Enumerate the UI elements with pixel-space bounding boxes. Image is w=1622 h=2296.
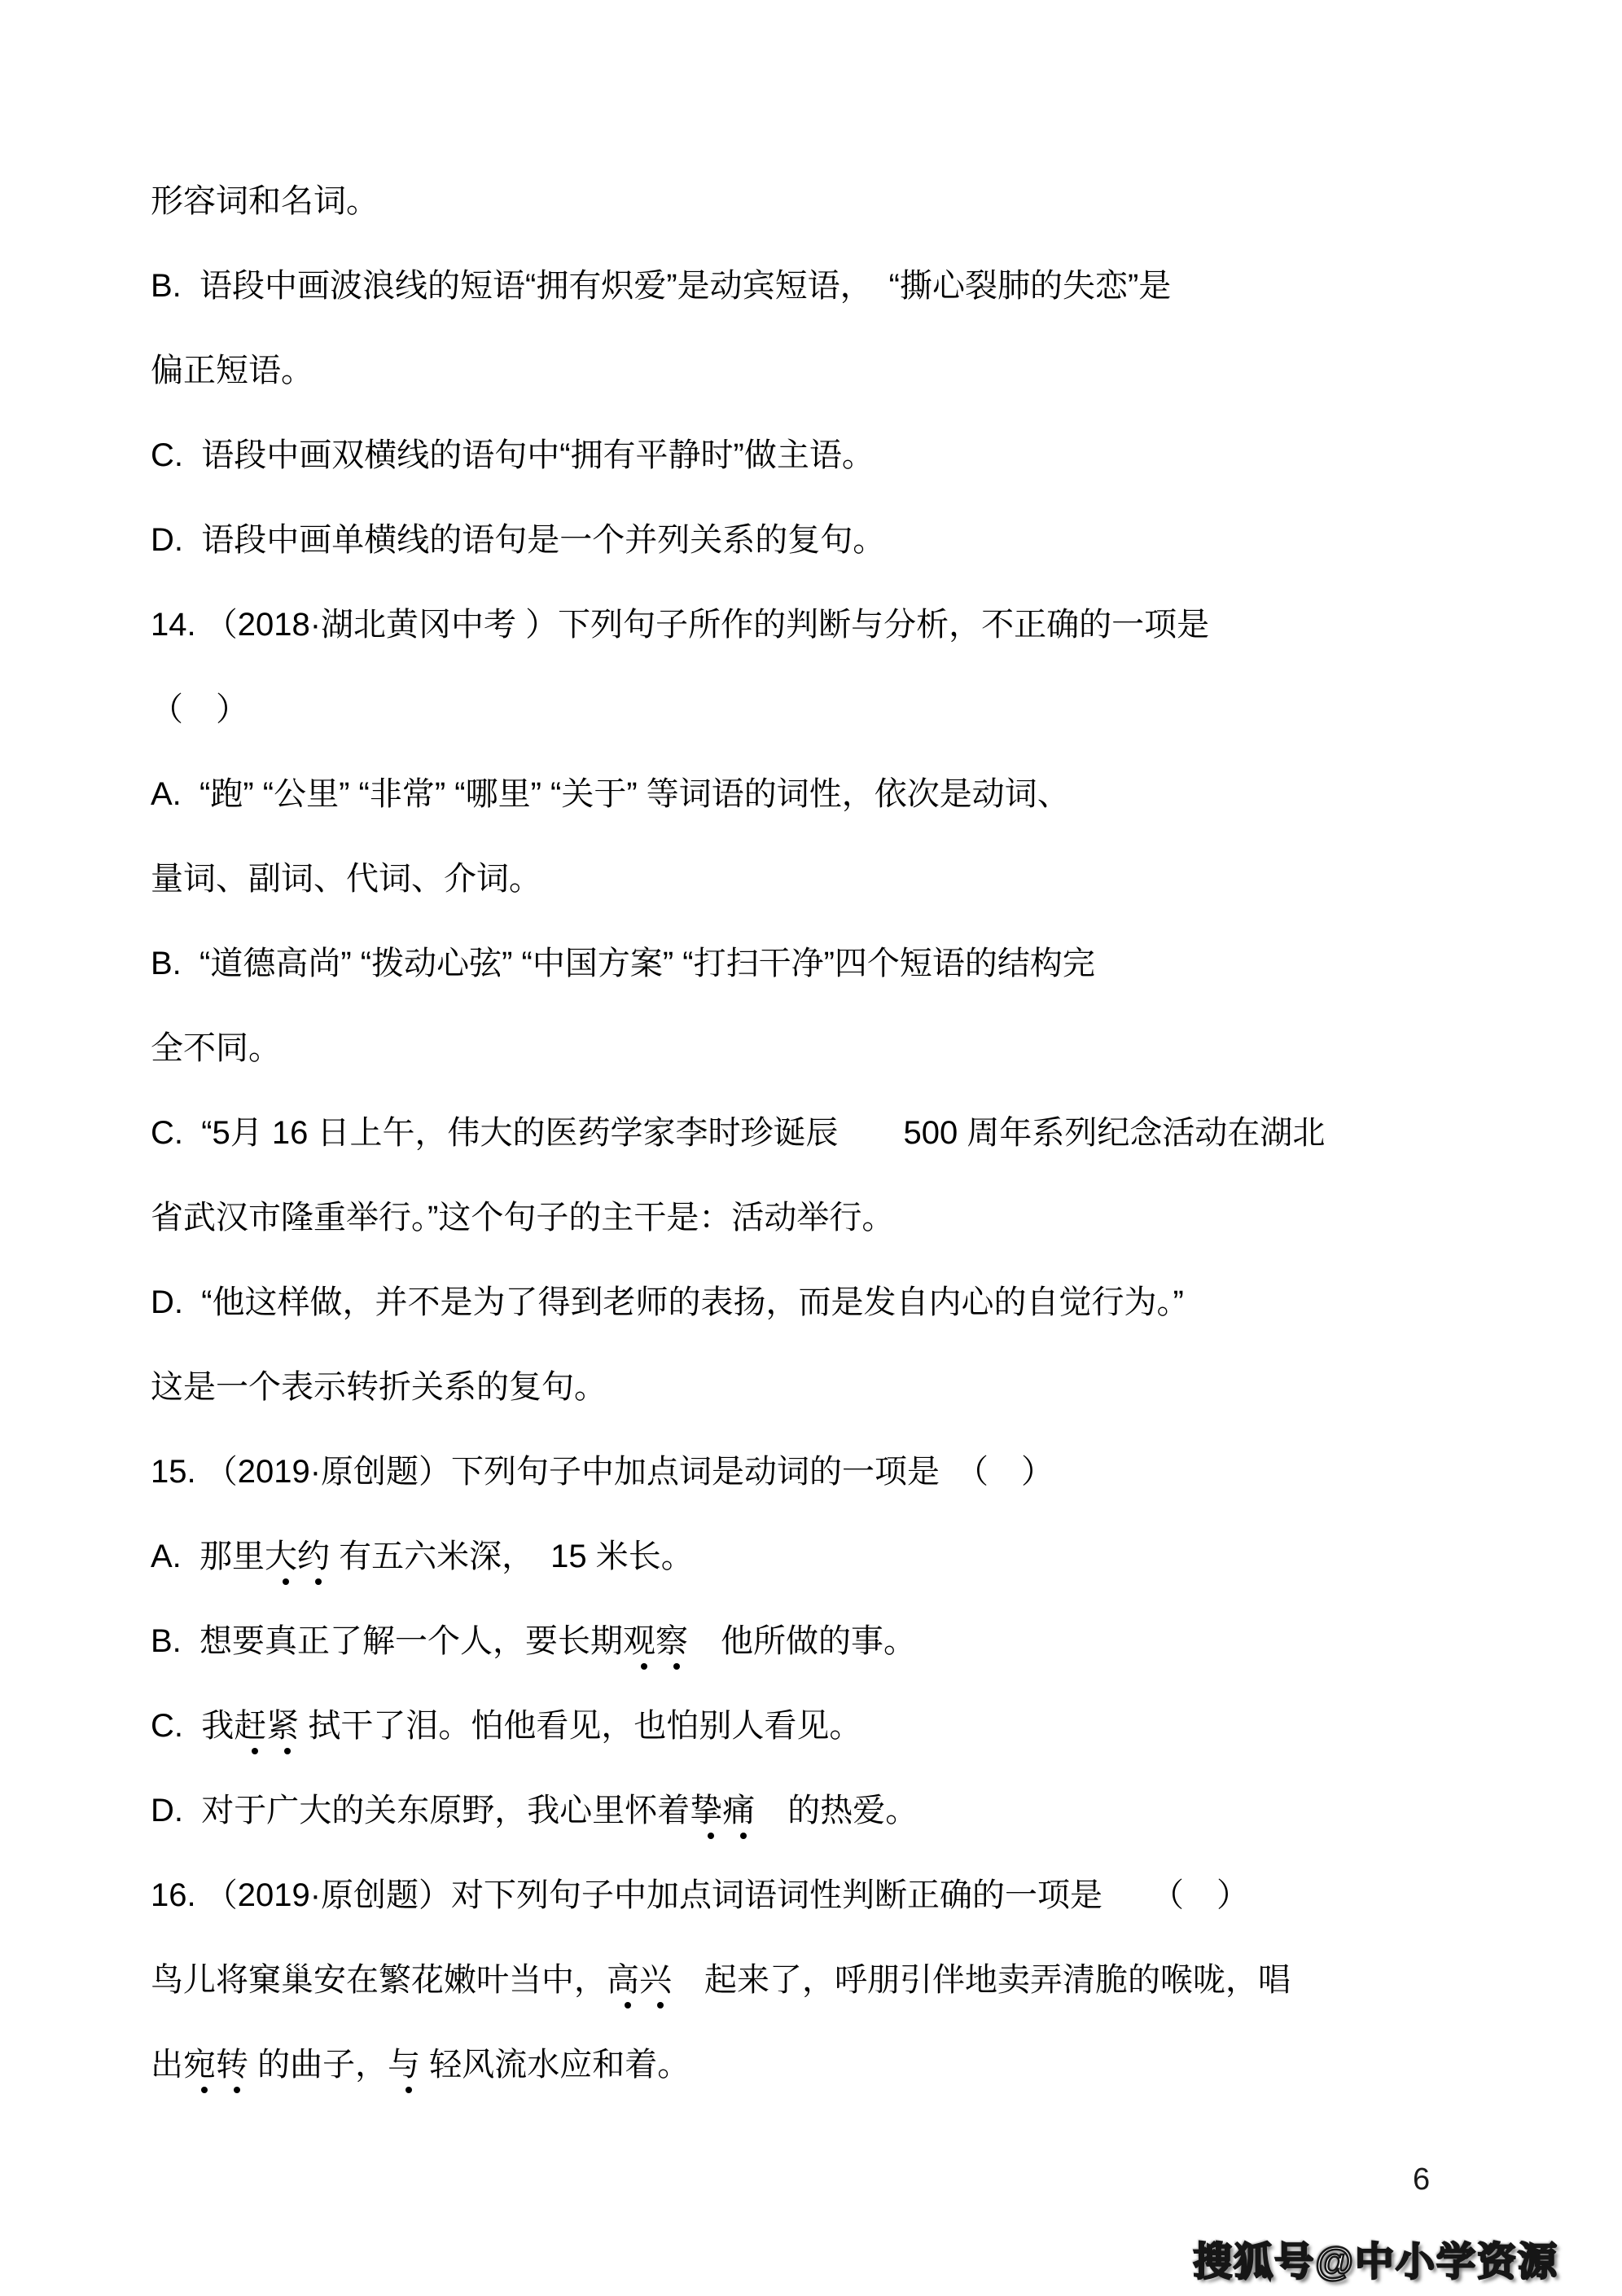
- emphasized-word: 高兴: [607, 1962, 672, 1998]
- text-segment: （ ）: [151, 691, 248, 727]
- text-segment: 省武汉市隆重举行。”这个句子的主干是：活动举行。: [151, 1200, 894, 1236]
- text-segment: B. “道德高尚” “拨动心弦” “中国方案” “打扫干净”四个短语的结构完: [151, 946, 1095, 981]
- q13-option-b-continuation: 偏正短语。: [151, 328, 1573, 413]
- text-segment: D. “他这样做，并不是为了得到老师的表扬，而是发自内心的自觉行为。”: [151, 1284, 1184, 1320]
- text-segment: 量词、副词、代词、介词。: [151, 861, 541, 897]
- text-segment: 他所做的事。: [688, 1623, 916, 1659]
- q14-option-d: D. “他这样做，并不是为了得到老师的表扬，而是发自内心的自觉行为。”: [151, 1260, 1573, 1345]
- text-segment: 16. （2019·原创题）对下列句子中加点词语词性判断正确的一项是 （ ）: [151, 1877, 1249, 1913]
- text-segment: 有五六米深， 15 米长。: [330, 1539, 694, 1574]
- document-body: 形容词和名词。B. 语段中画波浪线的短语“拥有炽爱”是动宾短语， “撕心裂肺的失…: [151, 159, 1573, 2107]
- q13-option-d: D. 语段中画单横线的语句是一个并列关系的复句。: [151, 498, 1573, 582]
- text-segment: D. 对于广大的关东原野，我心里怀着: [151, 1793, 690, 1828]
- text-segment: 全不同。: [151, 1030, 281, 1066]
- emphasized-word: 宛转: [183, 2047, 248, 2083]
- emphasized-word: 观察: [623, 1623, 688, 1659]
- text-segment: 鸟儿将窠巢安在繁花嫩叶当中，: [151, 1962, 607, 1998]
- text-segment: D. 语段中画单横线的语句是一个并列关系的复句。: [151, 522, 885, 558]
- q16-stem: 16. （2019·原创题）对下列句子中加点词语词性判断正确的一项是 （ ）: [151, 1853, 1573, 1938]
- page-number: 6: [1413, 2162, 1430, 2197]
- text-segment: 拭干了泪。怕他看见，也怕别人看见。: [299, 1708, 861, 1744]
- text-segment: 的曲子，: [248, 2047, 388, 2083]
- q16-passage-line1: 鸟儿将窠巢安在繁花嫩叶当中，高兴 起来了，呼朋引伴地卖弄清脆的喉咙，唱: [151, 1938, 1573, 2022]
- watermark-sohu-account: 搜狐号@中小学资源: [1193, 2230, 1558, 2286]
- text-segment: 的热爱。: [755, 1793, 918, 1828]
- q15-option-d: D. 对于广大的关东原野，我心里怀着挚痛 的热爱。: [151, 1768, 1573, 1853]
- text-segment: A. 那里: [151, 1539, 265, 1574]
- q14-option-c: C. “5月 16 日上午，伟大的医药学家李时珍诞辰 500 周年系列纪念活动在…: [151, 1091, 1573, 1175]
- text-segment: B. 想要真正了解一个人，要长期: [151, 1623, 623, 1659]
- text-segment: 这是一个表示转折关系的复句。: [151, 1369, 607, 1405]
- text-segment: C. 语段中画双横线的语句中“拥有平静时”做主语。: [151, 437, 875, 473]
- q14-option-a: A. “跑” “公里” “非常” “哪里” “关于” 等词语的词性，依次是动词、: [151, 752, 1573, 836]
- text-segment: C. 我: [151, 1708, 234, 1744]
- emphasized-word: 挚痛: [690, 1793, 755, 1828]
- text-segment: 形容词和名词。: [151, 183, 379, 219]
- text-segment: 出: [151, 2047, 183, 2083]
- q15-option-c: C. 我赶紧 拭干了泪。怕他看见，也怕别人看见。: [151, 1684, 1573, 1768]
- q14-option-d-continuation: 这是一个表示转折关系的复句。: [151, 1345, 1573, 1429]
- text-segment: 起来了，呼朋引伴地卖弄清脆的喉咙，唱: [672, 1962, 1291, 1998]
- document-page: 形容词和名词。B. 语段中画波浪线的短语“拥有炽爱”是动宾短语， “撕心裂肺的失…: [0, 0, 1622, 2296]
- q16-passage-line2: 出宛转 的曲子，与 轻风流水应和着。: [151, 2022, 1573, 2107]
- text-segment: 偏正短语。: [151, 353, 313, 389]
- text-segment: 轻风流水应和着。: [420, 2047, 690, 2083]
- text-segment: A. “跑” “公里” “非常” “哪里” “关于” 等词语的词性，依次是动词、: [151, 776, 1070, 812]
- q15-option-b: B. 想要真正了解一个人，要长期观察 他所做的事。: [151, 1599, 1573, 1684]
- q14-option-b-continuation: 全不同。: [151, 1006, 1573, 1091]
- q13-option-c: C. 语段中画双横线的语句中“拥有平静时”做主语。: [151, 413, 1573, 498]
- q14-answer-brackets: （ ）: [151, 667, 1573, 752]
- text-segment: 14. （2018·湖北黄冈中考 ）下列句子所作的判断与分析，不正确的一项是: [151, 607, 1209, 643]
- q13-option-a-continuation: 形容词和名词。: [151, 159, 1573, 244]
- text-segment: C. “5月 16 日上午，伟大的医药学家李时珍诞辰 500 周年系列纪念活动在…: [151, 1115, 1325, 1151]
- text-segment: B. 语段中画波浪线的短语“拥有炽爱”是动宾短语， “撕心裂肺的失恋”是: [151, 268, 1171, 304]
- q14-option-b: B. “道德高尚” “拨动心弦” “中国方案” “打扫干净”四个短语的结构完: [151, 921, 1573, 1006]
- text-segment: 15. （2019·原创题）下列句子中加点词是动词的一项是 （ ）: [151, 1454, 1054, 1490]
- emphasized-word: 与: [388, 2047, 420, 2083]
- emphasized-word: 大约: [265, 1539, 330, 1574]
- q15-stem: 15. （2019·原创题）下列句子中加点词是动词的一项是 （ ）: [151, 1429, 1573, 1514]
- q14-stem: 14. （2018·湖北黄冈中考 ）下列句子所作的判断与分析，不正确的一项是: [151, 582, 1573, 667]
- emphasized-word: 赶紧: [234, 1708, 299, 1744]
- q13-option-b: B. 语段中画波浪线的短语“拥有炽爱”是动宾短语， “撕心裂肺的失恋”是: [151, 244, 1573, 328]
- q15-option-a: A. 那里大约 有五六米深， 15 米长。: [151, 1514, 1573, 1599]
- q14-option-a-continuation: 量词、副词、代词、介词。: [151, 836, 1573, 921]
- q14-option-c-continuation: 省武汉市隆重举行。”这个句子的主干是：活动举行。: [151, 1175, 1573, 1260]
